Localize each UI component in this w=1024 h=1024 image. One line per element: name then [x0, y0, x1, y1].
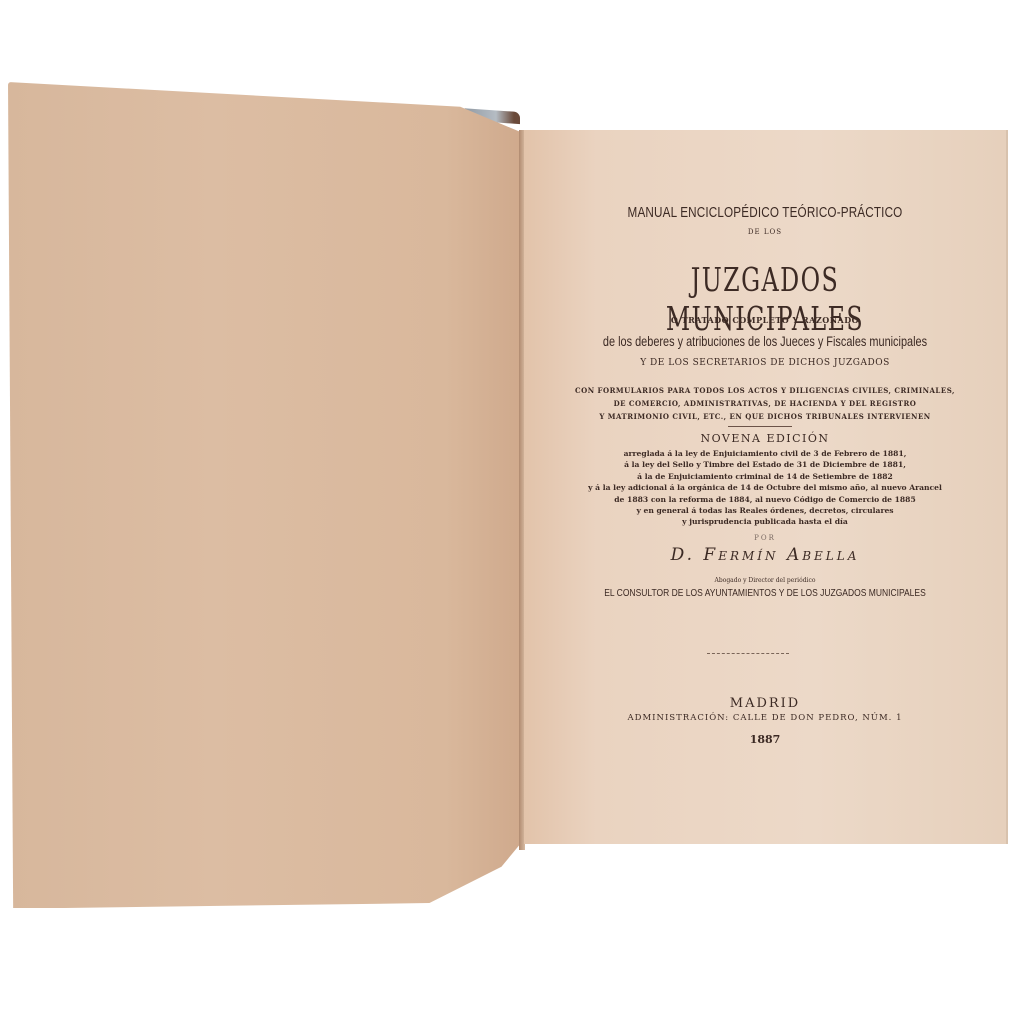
formularios-line: CON FORMULARIOS PARA TODOS LOS ACTOS Y D…	[524, 384, 1006, 397]
dotted-divider	[707, 653, 789, 654]
subtitle-deberes: de los deberes y atribuciones de los Jue…	[577, 333, 953, 349]
divider-rule	[728, 426, 792, 427]
left-page-blank	[8, 82, 522, 908]
main-title: JUZGADOS MUNICIPALES	[591, 260, 938, 338]
formularios-line: Y MATRIMONIO CIVIL, ETC., EN QUE DICHOS …	[524, 410, 1006, 423]
author-role: Abogado y Director del periódico	[524, 577, 1006, 584]
formularios-line: DE COMERCIO, ADMINISTRATIVAS, DE HACIEND…	[524, 397, 1006, 410]
edition-notes: arreglada á la ley de Enjuiciamiento civ…	[524, 448, 1006, 528]
imprint-city: MADRID	[524, 696, 1006, 711]
imprint-year: 1887	[524, 733, 1006, 746]
por-label: POR	[524, 534, 1006, 542]
edition-heading: NOVENA EDICIÓN	[524, 432, 1006, 445]
edition-note-line: y á la ley adicional á la orgánica de 14…	[524, 482, 1006, 493]
edition-note-line: arreglada á la ley de Enjuiciamiento civ…	[524, 448, 1006, 459]
title-line-manual: MANUAL ENCICLOPÉDICO TEÓRICO-PRÁCTICO	[577, 204, 953, 221]
formularios-block: CON FORMULARIOS PARA TODOS LOS ACTOS Y D…	[524, 384, 1006, 423]
edition-note-line: á la de Enjuiciamiento criminal de 14 de…	[524, 471, 1006, 482]
subtitle-tratado: Ó TRATADO COMPLETO Y RAZONADO	[524, 315, 1006, 325]
title-page: MANUAL ENCICLOPÉDICO TEÓRICO-PRÁCTICO DE…	[524, 130, 1008, 844]
subtitle-secretarios: Y DE LOS SECRETARIOS DE DICHOS JUZGADOS	[524, 358, 1006, 368]
periodical-name: EL CONSULTOR DE LOS AYUNTAMIENTOS Y DE L…	[560, 588, 970, 599]
edition-note-line: y jurisprudencia publicada hasta el día	[524, 516, 1006, 527]
title-line-de-los: DE LOS	[524, 228, 1006, 236]
author-name: D. Fermín Abella	[524, 545, 1006, 565]
edition-note-line: á la ley del Sello y Timbre del Estado d…	[524, 459, 1006, 470]
edition-note-line: y en general á todas las Reales órdenes,…	[524, 505, 1006, 516]
edition-note-line: de 1883 con la reforma de 1884, al nuevo…	[524, 494, 1006, 505]
imprint-address: ADMINISTRACIÓN: CALLE DE DON PEDRO, NÚM.…	[524, 713, 1006, 723]
